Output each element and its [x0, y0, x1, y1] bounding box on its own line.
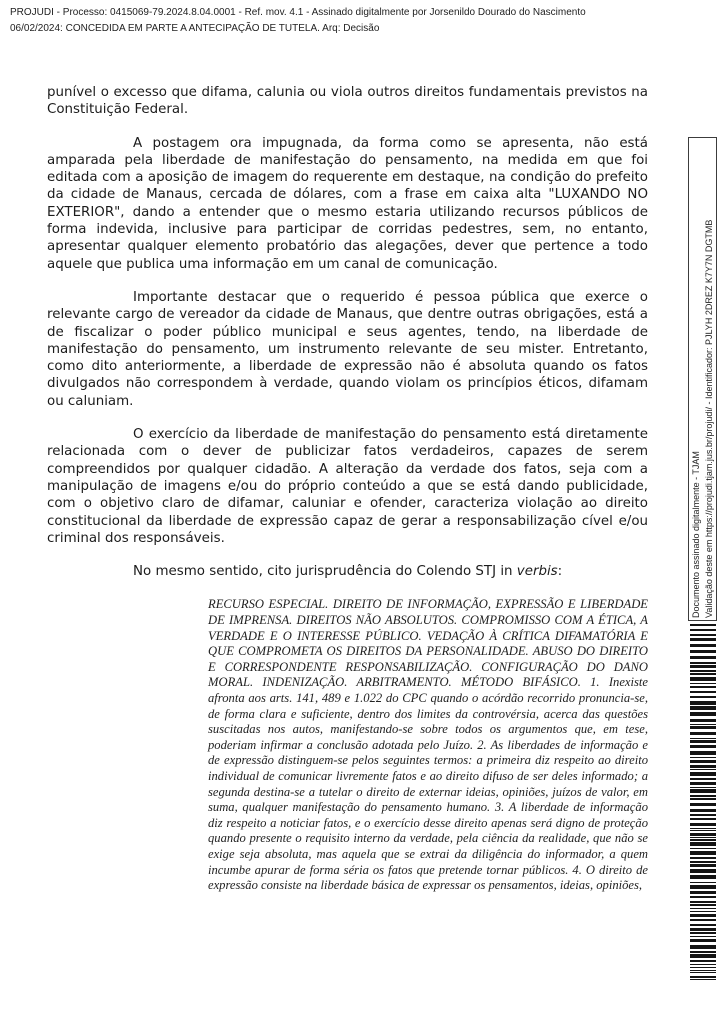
- paragraph-postagem: A postagem ora impugnada, da forma como …: [47, 135, 648, 273]
- paragraph-continuation: punível o excesso que difama, calunia ou…: [47, 84, 648, 119]
- decision-text: punível o excesso que difama, calunia ou…: [47, 84, 648, 894]
- document-page: PROJUDI - Processo: 0415069-79.2024.8.04…: [0, 0, 723, 1024]
- barcode-icon: [690, 624, 716, 982]
- digital-signature-stamp: Documento assinado digitalmente - TJAM V…: [688, 137, 717, 621]
- citation-intro-prefix: No mesmo sentido, cito jurisprudência do…: [133, 564, 517, 579]
- jurisprudence-quote: RECURSO ESPECIAL. DIREITO DE INFORMAÇÃO,…: [208, 597, 648, 893]
- citation-intro-latin: verbis: [517, 564, 558, 579]
- header-decision-line: 06/02/2024: CONCEDIDA EM PARTE A ANTECIP…: [10, 21, 670, 37]
- paragraph-exercicio: O exercício da liberdade de manifestação…: [47, 426, 648, 547]
- stamp-validation-line: Validação deste em https://projudi.tjam.…: [703, 140, 716, 618]
- paragraph-requerido: Importante destacar que o requerido é pe…: [47, 289, 648, 410]
- header-process-line: PROJUDI - Processo: 0415069-79.2024.8.04…: [10, 5, 670, 21]
- projudi-header: PROJUDI - Processo: 0415069-79.2024.8.04…: [10, 5, 670, 37]
- stamp-text: Documento assinado digitalmente - TJAM V…: [690, 140, 716, 618]
- citation-intro: No mesmo sentido, cito jurisprudência do…: [47, 563, 648, 580]
- citation-intro-suffix: :: [558, 564, 563, 579]
- stamp-signature-line: Documento assinado digitalmente - TJAM: [690, 140, 703, 618]
